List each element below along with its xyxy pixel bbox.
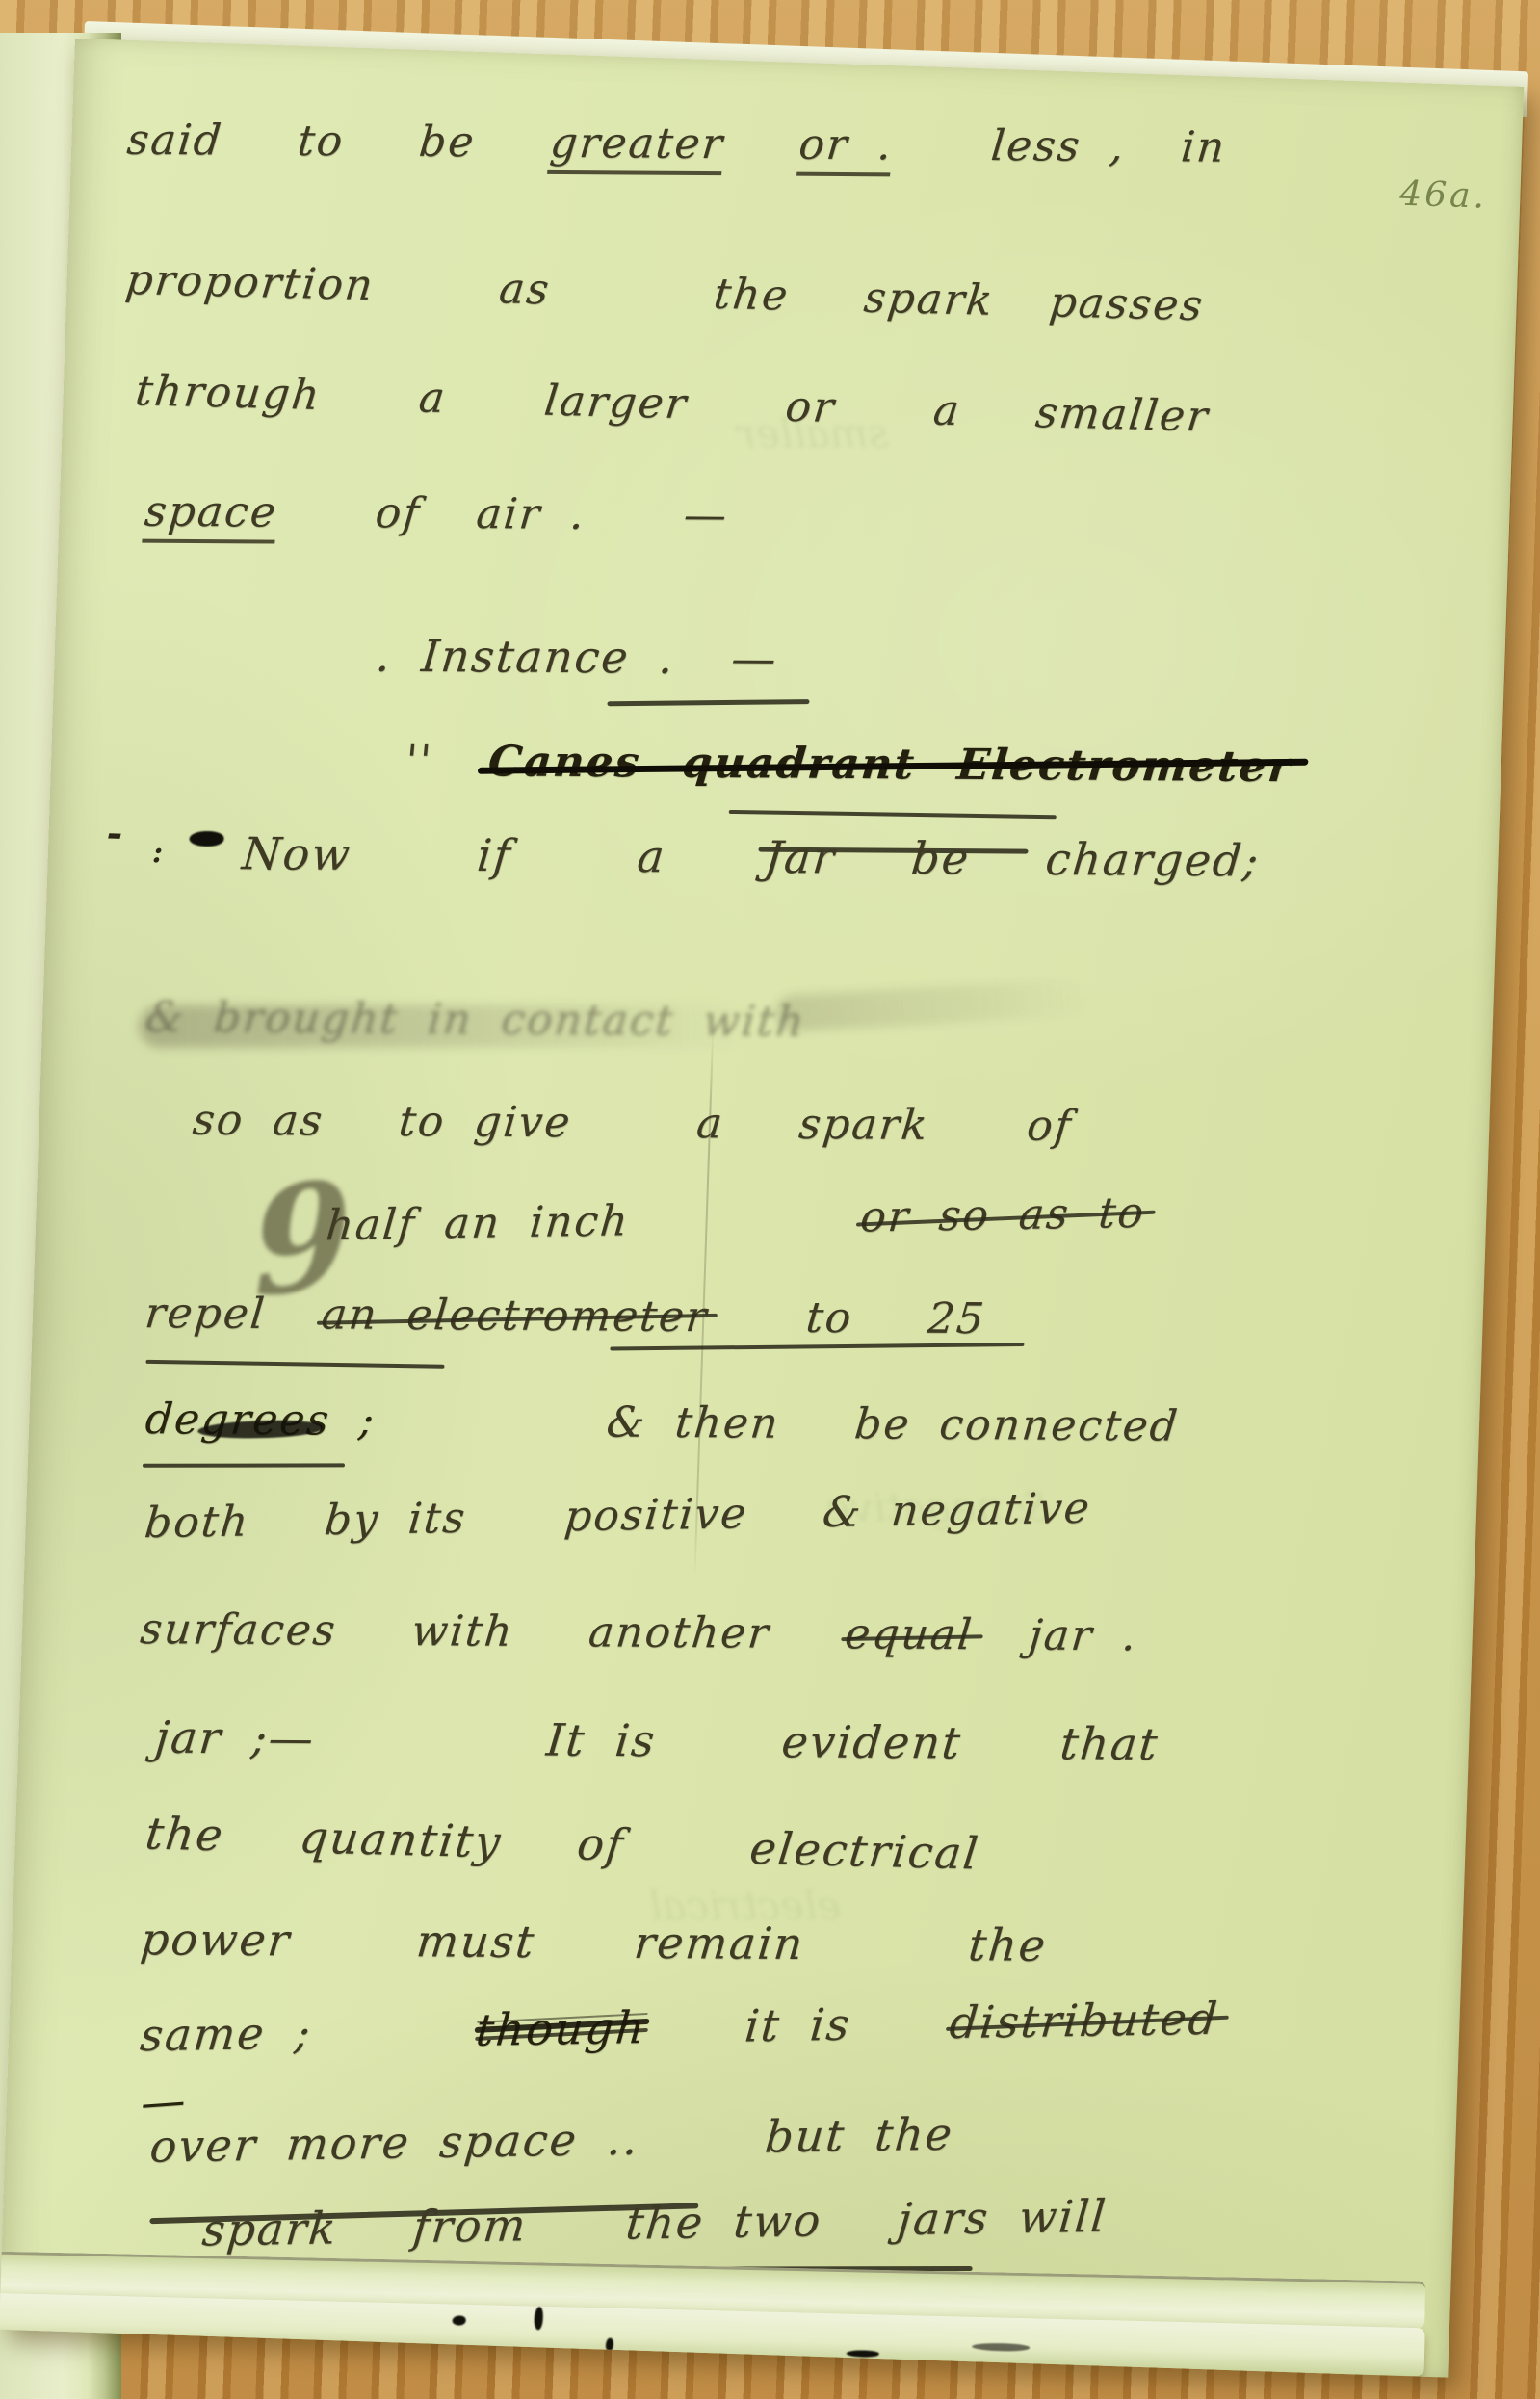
struck-word: equal <box>843 1609 976 1659</box>
handwritten-word: evident <box>779 1715 964 1768</box>
handwritten-word: surfaces <box>138 1604 339 1655</box>
handwritten-word: electrical <box>747 1822 982 1880</box>
handwritten-word: remain <box>632 1917 807 1969</box>
margin-dash-mark: - <box>106 811 123 857</box>
handwritten-word: larger <box>542 377 691 430</box>
handwritten-word: a <box>931 386 964 436</box>
erasure-smear <box>774 978 1094 1032</box>
underlined-word: space <box>142 487 279 544</box>
handwritten-line: '' Canes quadrant Electrometer <box>403 737 1294 792</box>
handwritten-line: . Instance . — <box>374 630 780 685</box>
erased-line: & brought in contact with <box>143 993 807 1047</box>
struck-word: distributed <box>948 1993 1221 2048</box>
handwritten-word: passes <box>1047 277 1207 330</box>
handwritten-word: or <box>783 382 838 432</box>
handwritten-word: half an inch <box>324 1196 631 1250</box>
handwritten-word: power <box>139 1913 294 1966</box>
handwritten-line: the quantity of electrical <box>143 1808 982 1880</box>
handwritten-line: said to be greater or . less , in <box>125 116 1229 172</box>
struck-word: an electrometer <box>320 1290 711 1342</box>
handwritten-line: proportion as the spark passes <box>123 255 1207 330</box>
handwritten-word: less , <box>989 121 1128 171</box>
handwritten-word: a <box>416 374 449 424</box>
handwritten-word: same ; <box>138 2006 314 2061</box>
handwritten-word: in <box>1179 122 1228 171</box>
handwritten-line: repel an electrometer to 25 <box>143 1289 987 1343</box>
handwritten-word: jars will <box>896 2190 1109 2245</box>
handwritten-line: space of air . — <box>143 487 731 540</box>
underline-stroke <box>607 699 809 706</box>
handwritten-word: of <box>575 1817 628 1870</box>
margin-colon-mark: : <box>151 836 163 870</box>
underlined-word: greater <box>547 118 726 175</box>
handwritten-word: of <box>374 488 424 537</box>
handwritten-line: jar ;— It is evident that <box>153 1711 1162 1770</box>
handwritten-word: that <box>1058 1717 1162 1770</box>
handwritten-line: so as to give a spark of <box>191 1096 1075 1151</box>
handwritten-word: proportion <box>123 255 378 310</box>
handwritten-line: surfaces with another equal jar . <box>138 1604 1139 1660</box>
handwritten-word: smaller <box>1033 388 1212 441</box>
handwritten-word: to <box>296 117 347 166</box>
underlined-word: or . <box>796 120 896 177</box>
manuscript-page: smaller & negative electrical 46a. said … <box>0 39 1524 2378</box>
handwritten-word: — <box>729 632 780 684</box>
handwritten-word: another <box>587 1607 772 1657</box>
handwritten-line: through a larger or a smaller <box>133 366 1212 441</box>
handwritten-word: both <box>143 1497 251 1548</box>
handwritten-word: be connected <box>852 1399 1181 1450</box>
handwritten-word: spark <box>200 2202 340 2256</box>
page-number: 46a. <box>1399 174 1488 217</box>
handwritten-word: a <box>694 1099 726 1148</box>
handwritten-line: both by its positive & negative <box>143 1484 1093 1549</box>
handwritten-line: over more space .. but the <box>148 2108 956 2173</box>
handwritten-word: charged; <box>1043 833 1263 887</box>
erased-words: & brought in contact with <box>143 993 807 1047</box>
handwritten-word: from <box>411 2199 530 2253</box>
struck-word: Canes quadrant Electrometer <box>486 737 1295 792</box>
handwritten-word: & then <box>605 1398 782 1448</box>
struck-word: or so as to <box>858 1188 1147 1242</box>
handwritten-word: spark <box>861 274 996 326</box>
handwritten-word: be <box>909 832 973 884</box>
handwritten-word: by its <box>323 1494 469 1545</box>
handwritten-word: the <box>966 1918 1049 1971</box>
handwritten-line: spark from the two jars will <box>200 2190 1109 2256</box>
overwritten-word: though <box>474 2001 648 2056</box>
handwritten-word: air . <box>474 489 587 539</box>
quote-mark: '' <box>403 737 434 786</box>
underline-stroke <box>145 1360 444 1369</box>
handwritten-word: jar . <box>1027 1611 1140 1661</box>
handwritten-line: same ; though it is distributed <box>138 1993 1220 2062</box>
handwritten-word: a <box>635 830 668 882</box>
handwritten-word: Jar <box>763 831 839 883</box>
handwritten-word: must <box>414 1915 537 1968</box>
handwritten-word: if <box>475 829 514 881</box>
handwritten-word: of <box>1025 1102 1075 1151</box>
handwritten-word: jar ;— <box>153 1711 318 1764</box>
handwritten-word: spark <box>796 1100 931 1150</box>
handwritten-word: the two <box>624 2194 824 2249</box>
handwritten-word: quantity <box>297 1811 505 1867</box>
handwritten-line: half an inch or so as to <box>324 1188 1147 1250</box>
handwritten-line: Now if a Jar be charged; <box>240 827 1263 886</box>
handwritten-word: so as <box>191 1096 326 1146</box>
handwritten-word: be <box>417 117 478 167</box>
handwritten-line: power must remain the <box>139 1913 1050 1971</box>
photo-of-manuscript: smaller & negative electrical 46a. said … <box>0 0 1540 2399</box>
handwritten-word: said <box>125 116 225 166</box>
handwritten-word: . Instance . <box>374 630 678 684</box>
handwritten-word: 25 <box>926 1294 988 1343</box>
handwritten-word: through <box>133 366 324 420</box>
handwritten-word: Now <box>240 827 353 880</box>
handwritten-word: repel <box>143 1289 268 1339</box>
handwritten-word: to give <box>397 1097 574 1147</box>
handwritten-word: — <box>682 491 731 540</box>
strike-stroke <box>610 1343 1024 1351</box>
handwritten-word: with <box>409 1606 516 1656</box>
handwritten-word: the <box>143 1808 226 1862</box>
handwritten-word: as <box>497 264 554 314</box>
handwritten-word: It is <box>544 1714 659 1767</box>
handwritten-word: & negative <box>821 1484 1093 1537</box>
ink-blot <box>189 830 224 847</box>
handwritten-word: positive <box>562 1489 750 1541</box>
underline-stroke <box>143 1463 345 1467</box>
handwritten-word: to <box>804 1293 855 1343</box>
handwritten-word: but the <box>763 2108 955 2163</box>
handwritten-word: it is <box>743 1998 853 2052</box>
handwritten-word: over more space .. <box>148 2113 642 2173</box>
handwritten-word: the <box>711 270 792 321</box>
underline-stroke <box>729 810 1057 819</box>
